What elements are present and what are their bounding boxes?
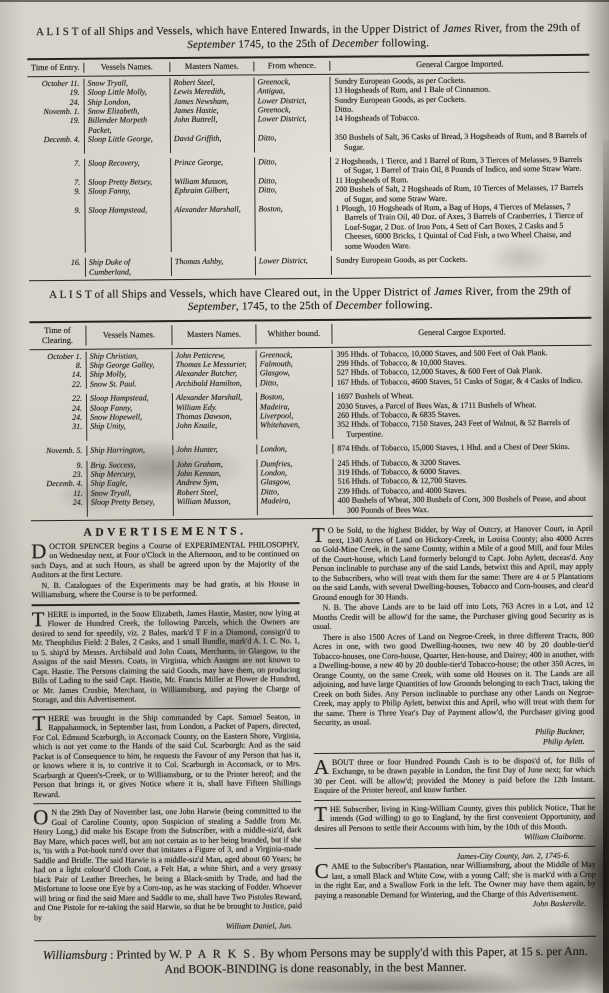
ad-signature: William Daniel, Jun. (34, 921, 302, 933)
ad-imported-goods: THERE is imported, in the Snow Elizabeth… (32, 608, 301, 705)
scan-edge-top (0, 0, 609, 2)
footer-divider (34, 935, 596, 940)
cell-whence: Lower District, (254, 114, 330, 133)
cell-master: John Buttrell, (170, 115, 254, 134)
cell-time: 16. (29, 258, 85, 277)
drop-cap: T (314, 804, 330, 821)
ad-stray-cow: James-City County, Jan. 2, 1745-6. CAME … (315, 850, 596, 910)
column-header-time: Time of Clearing. (29, 326, 85, 346)
column-header-cargo: General Cargoe Imported. (329, 59, 589, 71)
advertisements-section: ADVERTISEMENTS. DOCTOR SPENCER begins a … (31, 524, 596, 933)
cell-time: 19. (28, 116, 84, 135)
scan-edge-right (603, 140, 609, 993)
entered-inwards-title: A L I S T of all Ships and Vessels, whic… (35, 22, 581, 53)
table-row: 16.Ship Duke of Cumberland,Thomas Ashby,… (29, 254, 591, 277)
cell-master: Archibald Hamilton, (172, 378, 256, 388)
table-body: October 11.Snow Tryall,Robert Steel,Gree… (27, 73, 591, 281)
cell-master: David Griffith, (170, 134, 254, 153)
ad-body: OCTOR SPENCER begins a Course of EXPERIM… (31, 540, 299, 580)
cell-whence: Boston, (254, 204, 330, 252)
cell-time: 8. (30, 361, 86, 371)
ad-divider (314, 750, 595, 753)
page-content: A L I S T of all Ships and Vessels, whic… (27, 20, 596, 979)
drop-cap: A (314, 757, 332, 774)
cell-vessel: Billender Morpeth Packet, (84, 116, 170, 135)
ad-body: N the 29th Day of November last, one Joh… (33, 806, 302, 922)
column-header-vessel: Vessels Names. (83, 62, 169, 72)
cell-time: Decemb. 4. (31, 479, 87, 489)
cell-time: 9. (30, 460, 86, 470)
ad-bills-of-exchange: ABOUT three or four Hundred Pounds Cash … (314, 755, 595, 795)
ad-body: O be Sold, to the highest Bidder, by Way… (312, 524, 593, 602)
cell-time: 14. (30, 370, 86, 380)
cell-master: William Musson, (173, 497, 257, 516)
cell-cargo: 352 Hhds. of Tobacco, 7150 Staves, 243 F… (332, 418, 592, 439)
cell-vessel: Ship Harrington, (86, 445, 172, 455)
column-header-master: Masters Names. (169, 61, 253, 71)
cell-time: Novemb. 1. (28, 107, 84, 117)
cell-time: 24. (30, 413, 86, 423)
cell-cargo: 400 Bushels of Wheat, 300 Bushels of Cor… (333, 494, 593, 515)
column-header-whence: From whence. (253, 61, 329, 71)
table-row: Decemb. 4.Sloop Little George,David Grif… (28, 131, 590, 154)
cell-master: Alexander Marshall, (170, 205, 254, 253)
ad-note: N. B. The above Lands are to be laid off… (313, 601, 594, 632)
cell-vessel: Ship Unity, (86, 421, 172, 440)
title-segment: River, from the 29th of (462, 285, 571, 298)
cell-bound: London, (256, 444, 332, 454)
table-row: 9.Sloop Hampstead,Alexander Marshall,Bos… (28, 202, 590, 253)
ad-divider (32, 602, 300, 606)
cell-vessel: Snow St. Paul. (86, 379, 172, 389)
ad-body: HERE is imported, in the Snow Elizabeth,… (32, 608, 301, 705)
table-body: October 1.Ship Christian,John Petticrew,… (30, 345, 593, 520)
drop-cap: O (33, 808, 51, 825)
cell-whence: Ditto, (254, 157, 330, 176)
drop-cap: C (315, 862, 332, 879)
table-row: Novemb. 5.Ship Harrington,John Hunter,Lo… (30, 442, 592, 456)
imprint-text: By whom Persons may be supply'd with thi… (257, 943, 588, 960)
ad-divider (314, 797, 595, 800)
cell-vessel: Sloop Recovery, (84, 158, 170, 177)
imprint-text: : Printed by W. (107, 947, 185, 962)
cell-time: Novemb. 5. (30, 446, 86, 456)
title-segment: December (335, 300, 382, 312)
cell-cargo: 14 Hogsheads of Tobacco. (330, 112, 590, 133)
ad-body: There is also 1500 Acres of Land on Negr… (313, 630, 595, 727)
cell-master: John Hunter, (172, 445, 256, 455)
ad-divider (314, 845, 595, 848)
drop-cap: T (32, 610, 48, 627)
ad-signature: Philip Aylett. (314, 737, 595, 749)
cell-bound: Ditto, (256, 378, 332, 388)
cell-whence: Lower District, (255, 256, 331, 275)
title-segment: September (188, 301, 236, 313)
drop-cap: D (31, 542, 49, 559)
cell-whence: Ditto, (254, 133, 330, 152)
cell-vessel: Sloop Little George, (84, 134, 170, 153)
imprint-bookbinding: And BOOK-BINDING is done reasonably, in … (34, 959, 596, 979)
cleared-out-title: A L I S T of all Ships and Vessels, whic… (37, 285, 583, 316)
ad-divider (32, 707, 300, 710)
cell-time: 23. (31, 470, 87, 480)
ad-divider (33, 801, 301, 804)
printer-imprint: Williamsburg : Printed by W. P A R K S. … (34, 943, 596, 978)
column-header-time: Time of Entry. (27, 63, 83, 73)
drop-cap: T (312, 526, 328, 543)
ad-doctor-spencer: DOCTOR SPENCER begins a Course of EXPERI… (31, 540, 299, 600)
cell-bound: Madeira, (257, 496, 333, 515)
cell-master: Thomas Ashby, (171, 257, 255, 276)
column-header-cargo: General Cargoe Exported. (331, 322, 591, 344)
title-segment: James (443, 23, 472, 35)
cell-time: 7. (28, 178, 84, 188)
cell-cargo: 350 Bushels of Salt, 36 Casks of Bread, … (330, 131, 590, 152)
column-header-master: Masters Names. (171, 324, 255, 344)
column-header-bound: Whither bound. (255, 324, 331, 344)
cell-master: John Knaile, (172, 421, 256, 440)
title-segment: A L I S T of all Ships and Vessels, whic… (49, 286, 434, 301)
cell-master: Ephraim Gilbert, (170, 186, 254, 205)
ad-signature: John Baskervile. (315, 899, 596, 911)
ad-body: HE Subscriber, living in King-William Co… (314, 802, 595, 832)
title-segment: following. (382, 299, 433, 311)
ad-body: HERE was brought in the Ship commanded b… (33, 712, 301, 799)
ad-signature: William Claiborne. (314, 832, 595, 844)
cleared-out-table: Time of Clearing. Vessels Names. Masters… (29, 317, 593, 522)
drop-cap: T (32, 714, 48, 731)
title-segment: following. (379, 37, 430, 49)
cell-time: 11. (31, 489, 87, 499)
title-segment: September (187, 38, 235, 50)
cell-cargo: 1 Plough, 10 Hogsheads of Rum, a Bag of … (330, 202, 590, 251)
ad-land-sale: TO be Sold, to the highest Bidder, by Wa… (312, 524, 595, 749)
cell-time: 24. (30, 403, 86, 413)
title-segment: James (434, 286, 463, 298)
cell-cargo: 874 Hhds. of Tobacco, 15,000 Staves, 1 H… (332, 442, 592, 453)
cell-master: Prince George, (170, 157, 254, 176)
cell-cargo: 200 Bushels of Salt, 2 Hogsheads of Rum,… (330, 183, 590, 204)
entered-inwards-table: Time of Entry. Vessels Names. Masters Na… (27, 54, 591, 281)
ad-subscriber-england: THE Subscriber, living in King-William C… (314, 802, 595, 843)
cell-time: 19. (28, 88, 84, 98)
column-header-vessel: Vessels Names. (85, 325, 171, 345)
title-segment: A L I S T of all Ships and Vessels, whic… (36, 23, 443, 38)
table-row: 24.Sloop Pretty Betsey,William Musson,Ma… (31, 494, 593, 517)
cell-whence: Ditto, (254, 185, 330, 204)
cell-time: 22. (30, 380, 86, 390)
ads-left-column: ADVERTISEMENTS. DOCTOR SPENCER begins a … (31, 526, 302, 933)
title-segment: December (332, 37, 379, 49)
cell-cargo: Sundry European Goods, as per Cockets. (331, 254, 591, 275)
cell-cargo: 167 Hhds. of Tobacco, 4600 Staves, 51 Ca… (332, 376, 592, 387)
cell-time: 24. (31, 498, 87, 517)
cell-time: 7. (28, 159, 84, 178)
table-row: 31.Ship Unity,John Knaile,Whitehaven,352… (30, 418, 592, 441)
cell-time: 24. (28, 97, 84, 107)
cell-time: 22. (30, 394, 86, 404)
title-segment: , 1745, to the 25th of (236, 300, 335, 313)
cell-vessel: Sloop Pretty Betsey, (87, 497, 173, 516)
ad-body: BOUT three or four Hundred Pounds Cash i… (314, 755, 595, 795)
ad-note: N. B. Catalogues of the Experiments may … (31, 579, 299, 600)
newspaper-page: A L I S T of all Ships and Vessels, whic… (0, 0, 609, 993)
cell-time: 31. (30, 422, 86, 441)
cell-vessel: Ship Duke of Cumberland, (85, 257, 171, 276)
ad-runaway-reward: ON the 29th Day of November last, one Jo… (33, 806, 302, 933)
cell-vessel: Sloop Fanny, (84, 186, 170, 205)
cell-time: 9. (28, 187, 84, 206)
cell-time: 9. (28, 206, 84, 253)
ads-right-column: TO be Sold, to the highest Bidder, by Wa… (312, 524, 596, 931)
cell-time: Decemb. 4. (28, 135, 84, 154)
title-segment: River, from the 29th of (471, 22, 580, 35)
cell-vessel: Sloop Hampstead, (84, 205, 170, 253)
cell-bound: Whitehaven, (256, 420, 332, 439)
advertisements-heading: ADVERTISEMENTS. (31, 527, 299, 539)
title-segment: 1745, to the 25th of (235, 37, 331, 50)
imprint-place: Williamsburg (43, 947, 107, 962)
cell-time: October 1. (30, 351, 86, 361)
imprint-printer: P A R K S. (185, 946, 257, 961)
ad-body: AME to the Subscriber's Plantation, near… (315, 860, 596, 900)
cell-time: October 11. (27, 79, 83, 89)
cell-cargo: 2 Hogsheads, 1 Tierce, and 1 Barrel of R… (330, 155, 590, 176)
ad-lost-packet: THERE was brought in the Ship commanded … (32, 712, 301, 800)
